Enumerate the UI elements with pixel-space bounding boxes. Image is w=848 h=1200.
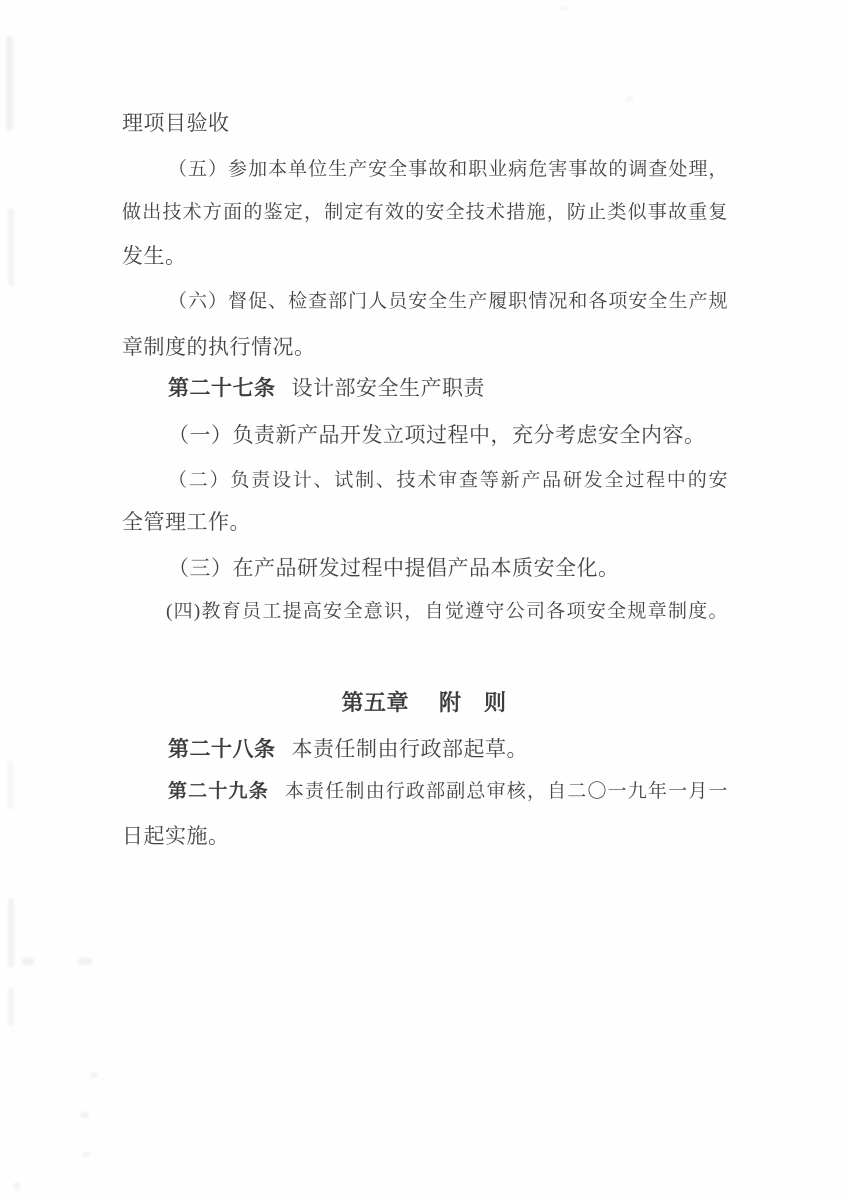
body-line-item-3: （三）在产品研发过程中提倡产品本质安全化。	[122, 551, 728, 585]
scan-artifact	[90, 1072, 98, 1078]
body-line-continuation: 全管理工作。	[122, 505, 728, 539]
article-29-line: 第二十九条本责任制由行政部副总审核，自二〇一九年一月一	[122, 775, 728, 809]
body-line-continuation: 理项目验收	[122, 106, 728, 140]
scan-artifact	[8, 988, 14, 1026]
scan-artifact	[8, 208, 14, 286]
chapter-heading: 第五章附 则	[0, 686, 848, 720]
article-number: 第二十七条	[168, 376, 276, 400]
chapter-number: 第五章	[341, 690, 409, 715]
scan-artifact	[80, 1112, 89, 1118]
body-line-item-4: (四)教育员工提高安全意识，自觉遵守公司各项安全规章制度。	[122, 595, 728, 629]
scan-artifact	[78, 958, 92, 965]
body-line-item-6: （六）督促、检查部门人员安全生产履职情况和各项安全生产规	[122, 285, 728, 319]
scan-artifact	[8, 898, 14, 968]
scan-artifact	[6, 36, 13, 131]
body-line-item-1: （一）负责新产品开发立项过程中，充分考虑安全内容。	[122, 418, 728, 452]
body-line-item-5: （五）参加本单位生产安全事故和职业病危害事故的调查处理，	[122, 153, 728, 187]
scan-artifact	[8, 760, 13, 810]
article-number: 第二十八条	[168, 737, 276, 761]
scan-artifact	[626, 96, 634, 101]
body-line-continuation: 发生。	[122, 239, 728, 273]
article-28-line: 第二十八条本责任制由行政部起草。	[122, 732, 728, 766]
article-text: 本责任制由行政部起草。	[292, 737, 529, 761]
article-text: 设计部安全生产职责	[292, 376, 486, 400]
scan-artifact	[82, 1152, 90, 1157]
body-line-continuation: 日起实施。	[122, 819, 728, 853]
scan-artifact	[22, 958, 34, 965]
scan-artifact	[560, 6, 568, 11]
body-line-item-2: （二）负责设计、试制、技术审查等新产品研发全过程中的安	[122, 464, 728, 498]
body-line-continuation: 章制度的执行情况。	[122, 330, 728, 364]
scan-artifact	[14, 1182, 20, 1190]
document-page: 理项目验收 （五）参加本单位生产安全事故和职业病危害事故的调查处理， 做出技术方…	[0, 0, 848, 1200]
article-number: 第二十九条	[168, 781, 269, 802]
article-27-line: 第二十七条设计部安全生产职责	[122, 371, 728, 405]
chapter-title: 附 则	[439, 690, 507, 715]
article-text: 本责任制由行政部副总审核，自二〇一九年一月一	[285, 781, 728, 802]
body-line-continuation: 做出技术方面的鉴定，制定有效的安全技术措施，防止类似事故重复	[122, 196, 728, 230]
